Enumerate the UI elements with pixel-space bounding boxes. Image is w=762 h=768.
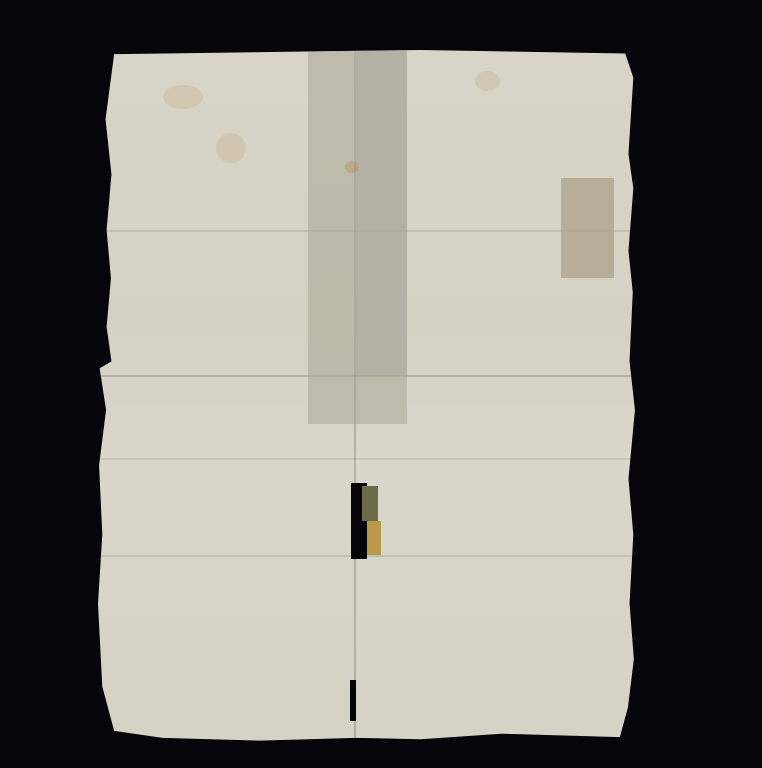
- green-paper-fragment: [362, 486, 378, 521]
- aged-paper-sheet: [98, 50, 636, 742]
- side-tape-patch: [561, 178, 615, 278]
- tape-overlay: [356, 50, 407, 375]
- horizontal-crease: [98, 555, 636, 557]
- stain: [216, 133, 246, 163]
- horizontal-crease: [98, 458, 636, 460]
- stain: [163, 85, 203, 109]
- stain: [475, 71, 500, 91]
- torn-slit: [350, 680, 356, 722]
- yellow-paper-fragment: [367, 521, 381, 556]
